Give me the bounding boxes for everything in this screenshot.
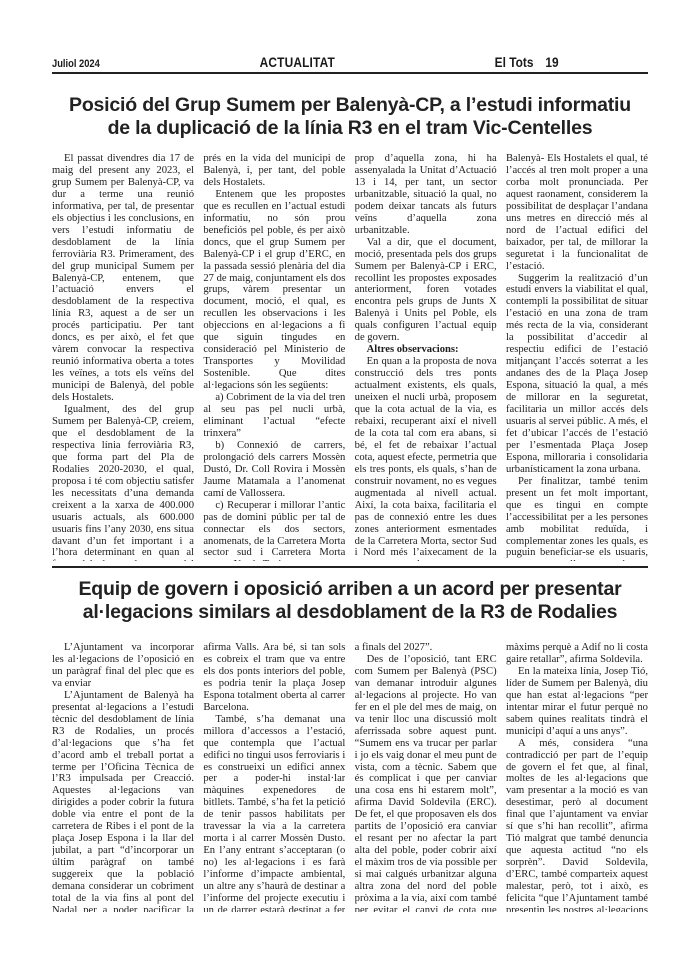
list-item-b: b) Connexió de carrers, prolongació dels…: [203, 440, 345, 500]
article2-column-3: a finals del 2027”. Des de l’oposició, t…: [355, 642, 497, 912]
paragraph: Balenyà- Els Hostalets el qual, té l’acc…: [506, 153, 648, 273]
header-rule: [52, 72, 648, 74]
article-separator: [52, 566, 648, 568]
subheading: Altres observacions:: [355, 344, 497, 356]
publication-name: El Tots: [495, 54, 534, 70]
paragraph: Suggerim la realització d’un estudi enve…: [506, 273, 648, 476]
paragraph: prés en la vida del municipi de Balenyà,…: [203, 153, 345, 189]
article2-headline-line2: al·legacions similars al desdoblament de…: [52, 601, 648, 624]
paragraph: afirma Valls. Ara bé, si tan sols es cob…: [203, 642, 345, 714]
article1-column-3: prop d’aquella zona, hi ha assenyalada l…: [355, 153, 497, 561]
article2-headline-line1: Equip de govern i oposició arriben a un …: [52, 578, 648, 601]
paragraph: En la mateixa línia, Josep Tió, líder de…: [506, 666, 648, 738]
article1-headline-line1: Posició del Grup Sumem per Balenyà-CP, a…: [52, 94, 648, 117]
article2-column-1: L’Ajuntament va incorporar les al·legaci…: [52, 642, 194, 912]
paragraph: prop d’aquella zona, hi ha assenyalada l…: [355, 153, 497, 237]
page-header: Juliol 2024 ACTUALITAT El Tots 19: [52, 52, 559, 70]
paragraph: En quan a la proposta de nova construcci…: [355, 356, 497, 561]
article2-body: L’Ajuntament va incorporar les al·legaci…: [52, 642, 648, 912]
paragraph: L’Ajuntament de Balenyà ha presentat al·…: [52, 690, 194, 912]
section-name: ACTUALITAT: [260, 54, 335, 70]
lead-paragraph: L’Ajuntament va incorporar les al·legaci…: [52, 642, 194, 690]
paragraph: a finals del 2027”.: [355, 642, 497, 654]
paragraph: Per finalitzar, també tenim present un f…: [506, 476, 648, 561]
paragraph: Val a dir, que el document, moció, prese…: [355, 237, 497, 345]
paragraph: màxims perquè a Adif no li costa gaire r…: [506, 642, 648, 666]
paragraph: A més, considera “una contradicció per p…: [506, 738, 648, 912]
article2-headline: Equip de govern i oposició arriben a un …: [52, 578, 648, 624]
publication-info: El Tots 19: [495, 54, 559, 70]
list-item-a: a) Cobriment de la via del tren al seu p…: [203, 392, 345, 440]
article1-headline: Posició del Grup Sumem per Balenyà-CP, a…: [52, 94, 648, 140]
page-number: 19: [545, 54, 558, 70]
paragraph: Des de l’oposició, tant ERC com Sumem pe…: [355, 654, 497, 912]
article2-column-4: màxims perquè a Adif no li costa gaire r…: [506, 642, 648, 912]
article1-headline-line2: de la duplicació de la línia R3 en el tr…: [52, 117, 648, 140]
issue-date: Juliol 2024: [52, 58, 100, 70]
list-item-c: c) Recuperar i millorar l’antic pas de d…: [203, 500, 345, 561]
article1-column-1: El passat divendres dia 17 de maig del p…: [52, 153, 194, 561]
paragraph: També, s’ha demanat una millora d’access…: [203, 714, 345, 912]
article1-column-4: Balenyà- Els Hostalets el qual, té l’acc…: [506, 153, 648, 561]
paragraph: El passat divendres dia 17 de maig del p…: [52, 153, 194, 404]
article1-body: El passat divendres dia 17 de maig del p…: [52, 153, 648, 561]
paragraph: Entenem que les propostes que es reculle…: [203, 189, 345, 392]
paragraph: Igualment, des del grup Sumem per Baleny…: [52, 404, 194, 561]
article1-column-2: prés en la vida del municipi de Balenyà,…: [203, 153, 345, 561]
article2-column-2: afirma Valls. Ara bé, si tan sols es cob…: [203, 642, 345, 912]
